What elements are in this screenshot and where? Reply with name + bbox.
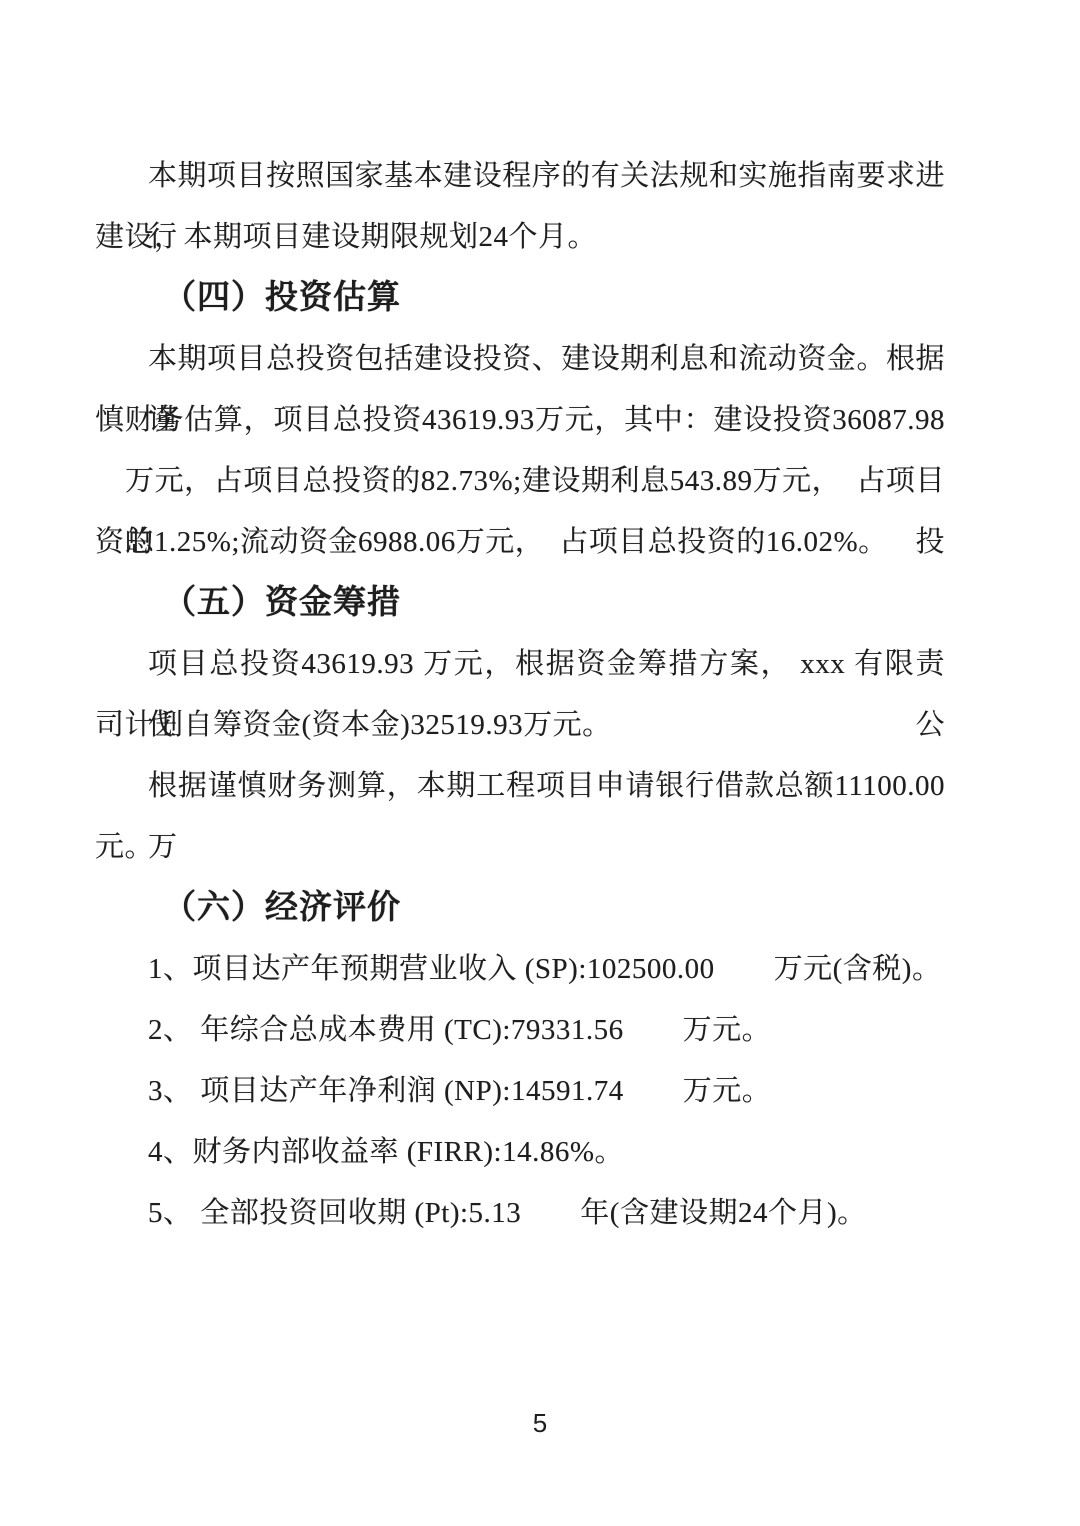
page-number: 5 bbox=[0, 1408, 1080, 1439]
text-line: 万元，占项目总投资的82.73%;建设期利息543.89万元， 占项目总投 bbox=[95, 451, 945, 512]
section-heading-funding: （五）资金筹措 bbox=[95, 573, 945, 634]
document-page: 本期项目按照国家基本建设程序的有关法规和实施指南要求进行 建设，本期项目建设期限… bbox=[0, 0, 1080, 1526]
section-heading-economic-evaluation: （六）经济评价 bbox=[95, 878, 945, 939]
list-item: 1、项目达产年预期营业收入 (SP):102500.00 万元(含税)。 bbox=[95, 939, 945, 1000]
text-line: 建设，本期项目建设期限规划24个月。 bbox=[95, 207, 945, 268]
text-line: 慎财务估算，项目总投资43619.93万元，其中：建设投资36087.98 bbox=[95, 390, 945, 451]
list-item: 3、 项目达产年净利润 (NP):14591.74 万元。 bbox=[95, 1061, 945, 1122]
list-item: 4、财务内部收益率 (FIRR):14.86%。 bbox=[95, 1122, 945, 1183]
text-line: 本期项目总投资包括建设投资、建设期利息和流动资金。根据谨 bbox=[95, 329, 945, 390]
text-line: 资的1.25%;流动资金6988.06万元， 占项目总投资的16.02%。 bbox=[95, 512, 945, 573]
section-heading-investment-estimate: （四）投资估算 bbox=[95, 268, 945, 329]
text-line: 元。 bbox=[95, 817, 945, 878]
list-item: 2、 年综合总成本费用 (TC):79331.56 万元。 bbox=[95, 1000, 945, 1061]
list-item: 5、 全部投资回收期 (Pt):5.13 年(含建设期24个月)。 bbox=[95, 1183, 945, 1244]
text-line: 项目总投资43619.93 万元，根据资金筹措方案， xxx 有限责任公 bbox=[95, 634, 945, 695]
text-line: 根据谨慎财务测算，本期工程项目申请银行借款总额11100.00万 bbox=[95, 756, 945, 817]
text-line: 本期项目按照国家基本建设程序的有关法规和实施指南要求进行 bbox=[95, 146, 945, 207]
document-body: 本期项目按照国家基本建设程序的有关法规和实施指南要求进行 建设，本期项目建设期限… bbox=[95, 146, 945, 1244]
